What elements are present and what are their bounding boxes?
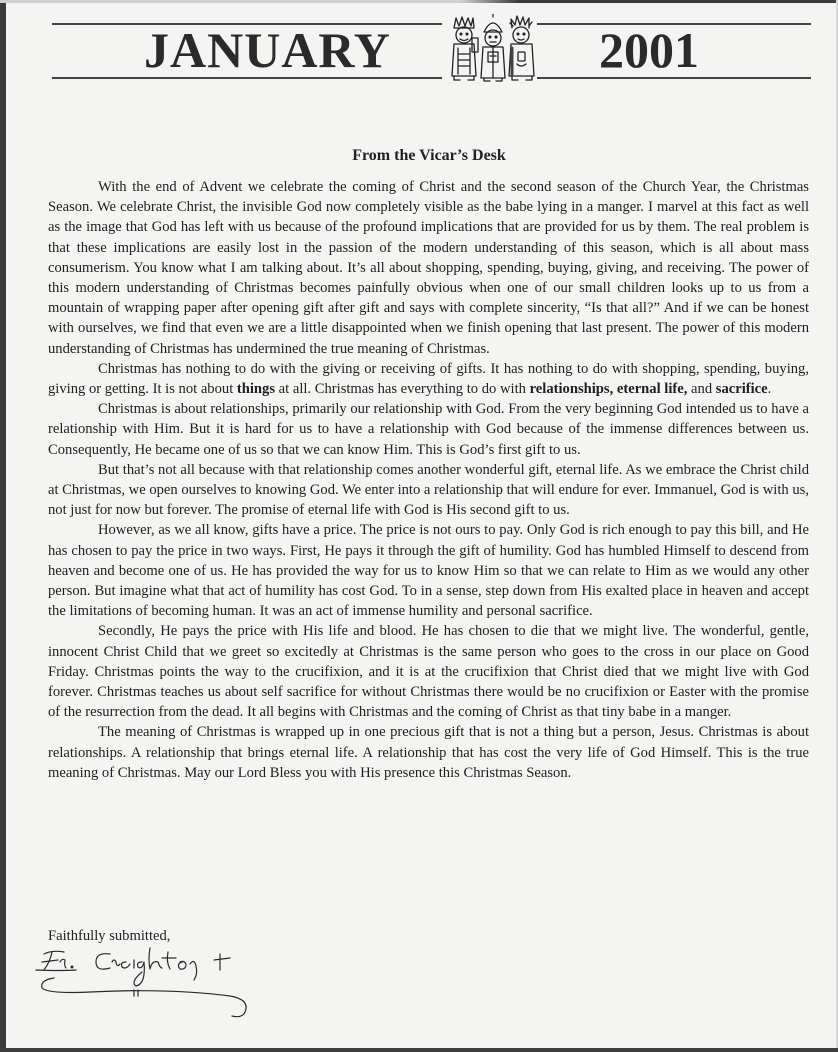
paragraph-3: Christmas is about relationships, primar… xyxy=(48,399,809,460)
masthead-month: JANUARY xyxy=(144,24,391,76)
scan-edge-bottom xyxy=(0,1048,838,1052)
paragraph-2-text-c: and xyxy=(687,381,715,397)
three-kings-icon xyxy=(446,14,542,84)
paragraph-5: However, as we all know, gifts have a pr… xyxy=(48,520,809,621)
masthead-year: 2001 xyxy=(599,24,699,76)
paragraph-7: The meaning of Christmas is wrapped up i… xyxy=(48,722,809,783)
article-body: With the end of Advent we celebrate the … xyxy=(48,177,809,783)
masthead: JANUARY 2001 xyxy=(0,0,838,100)
article-title: From the Vicar’s Desk xyxy=(0,147,838,165)
paragraph-2-text-b: at all. Christmas has everything to do w… xyxy=(275,381,530,397)
paragraph-4: But that’s not all because with that rel… xyxy=(48,460,809,521)
emphasis-things: things xyxy=(237,381,275,397)
emphasis-sacrifice: sacrifice xyxy=(716,381,768,397)
paragraph-1: With the end of Advent we celebrate the … xyxy=(48,177,809,359)
paragraph-2-text-d: . xyxy=(768,381,772,397)
signature-icon xyxy=(30,940,280,1020)
emphasis-relationships-eternal-life: relationships, eternal life, xyxy=(530,381,688,397)
paragraph-6: Secondly, He pays the price with His lif… xyxy=(48,621,809,722)
paragraph-2: Christmas has nothing to do with the giv… xyxy=(48,359,809,399)
